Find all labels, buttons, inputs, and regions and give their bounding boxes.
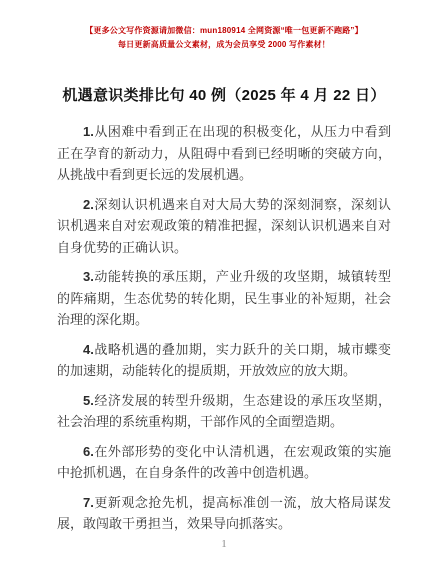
paragraph-2-number: 2. bbox=[83, 197, 94, 212]
promo-line-1: 【更多公文写作资源请加微信：mun180914 全网资源“唯一包更新不跑路”】 bbox=[57, 24, 391, 38]
paragraph-5: 5.经济发展的转型升级期，生态建设的承压攻坚期，社会治理的系统重构期，干部作风的… bbox=[57, 390, 391, 433]
page-number: 1 bbox=[0, 538, 448, 550]
paragraph-6: 6.在外部形势的变化中认清机遇，在宏观政策的实施中抢抓机遇，在自身条件的改善中创… bbox=[57, 441, 391, 484]
paragraph-3-text: 动能转换的承压期，产业升级的攻坚期，城镇转型的阵痛期，生态优势的转化期，民生事业… bbox=[57, 269, 391, 327]
paragraph-1-text: 从困难中看到正在出现的积极变化，从压力中看到正在孕育的新动力，从阻碍中看到已经明… bbox=[57, 124, 391, 182]
document-page: 【更多公文写作资源请加微信：mun180914 全网资源“唯一包更新不跑路”】 … bbox=[0, 0, 448, 580]
paragraph-7: 7.更新观念抢先机，提高标准创一流，放大格局谋发展，敢闯敢干勇担当，效果导向抓落… bbox=[57, 492, 391, 535]
document-body: 1.从困难中看到正在出现的积极变化，从压力中看到正在孕育的新动力，从阻碍中看到已… bbox=[57, 121, 391, 535]
paragraph-4-text: 战略机遇的叠加期，实力跃升的关口期，城市蝶变的加速期，动能转化的提质期，开放效应… bbox=[57, 342, 391, 379]
paragraph-7-text: 更新观念抢先机，提高标准创一流，放大格局谋发展，敢闯敢干勇担当，效果导向抓落实。 bbox=[57, 495, 391, 532]
paragraph-3: 3.动能转换的承压期，产业升级的攻坚期，城镇转型的阵痛期，生态优势的转化期，民生… bbox=[57, 266, 391, 331]
paragraph-4-number: 4. bbox=[83, 342, 94, 357]
paragraph-7-number: 7. bbox=[83, 495, 94, 510]
promo-header: 【更多公文写作资源请加微信：mun180914 全网资源“唯一包更新不跑路”】 … bbox=[57, 24, 391, 52]
page-title: 机遇意识类排比句 40 例（2025 年 4 月 22 日） bbox=[57, 84, 391, 105]
paragraph-2-text: 深刻认识机遇来自对大局大势的深刻洞察，深刻认识机遇来自对宏观政策的精准把握，深刻… bbox=[57, 197, 391, 255]
paragraph-5-text: 经济发展的转型升级期，生态建设的承压攻坚期，社会治理的系统重构期，干部作风的全面… bbox=[57, 393, 391, 430]
paragraph-1: 1.从困难中看到正在出现的积极变化，从压力中看到正在孕育的新动力，从阻碍中看到已… bbox=[57, 121, 391, 186]
promo-line-2: 每日更新高质量公文素材，成为会员享受 2000 写作素材！ bbox=[57, 38, 391, 52]
paragraph-3-number: 3. bbox=[83, 269, 94, 284]
paragraph-6-text: 在外部形势的变化中认清机遇，在宏观政策的实施中抢抓机遇，在自身条件的改善中创造机… bbox=[57, 444, 391, 481]
paragraph-5-number: 5. bbox=[83, 393, 94, 408]
paragraph-6-number: 6. bbox=[83, 444, 94, 459]
paragraph-1-number: 1. bbox=[83, 124, 94, 139]
paragraph-4: 4.战略机遇的叠加期，实力跃升的关口期，城市蝶变的加速期，动能转化的提质期，开放… bbox=[57, 339, 391, 382]
paragraph-2: 2.深刻认识机遇来自对大局大势的深刻洞察，深刻认识机遇来自对宏观政策的精准把握，… bbox=[57, 194, 391, 259]
